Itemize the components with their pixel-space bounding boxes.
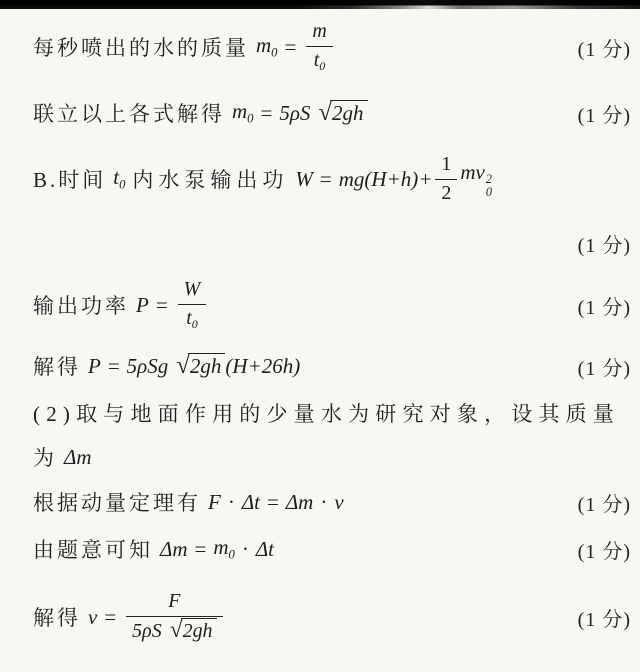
math-var: Δm: [286, 490, 314, 515]
math-var: Δm: [64, 445, 92, 470]
math-subscript: 0: [119, 178, 125, 192]
score-label: (1 分): [578, 291, 631, 320]
math-var: F: [208, 490, 221, 515]
line-label: 内水泵输出功: [132, 164, 288, 194]
line-label: 为: [33, 442, 57, 472]
fraction: F 5ρS√2gh: [126, 589, 222, 645]
sub-sup-stack: 20: [486, 173, 492, 199]
line-label: 输出功率: [33, 290, 129, 320]
line-label: 解得: [33, 602, 81, 632]
solution-line-combined-result: 联立以上各式解得 m0 = 5ρS √ 2gh (1 分): [0, 85, 640, 141]
math-var: P: [88, 354, 101, 379]
line-label: 联立以上各式解得: [33, 98, 225, 128]
solution-line-velocity-result: 解得 v = F 5ρS√2gh (1 分): [0, 573, 640, 661]
math-coefficient: 5ρS: [279, 101, 310, 126]
score-label: (1 分): [578, 488, 631, 517]
math-var: m0: [256, 33, 277, 60]
math-var: Δm: [160, 537, 188, 562]
radical: √2gh: [170, 618, 217, 645]
fraction: W t0: [178, 277, 207, 333]
dot-operator: ·: [228, 490, 235, 515]
math-expression: mg(H+h)+: [339, 167, 433, 192]
solution-line-momentum-theorem: 根据动量定理有 F · Δt = Δm · v (1 分): [0, 479, 640, 525]
solution-line-pump-work: B.时间 t0 内水泵输出功 W = mg(H+h)+ 1 2 mv20: [0, 141, 640, 217]
math-coefficient: 5ρSg: [127, 354, 169, 379]
math-var: v: [334, 490, 343, 515]
solution-line-power-result: 解得 P = 5ρSg √ 2gh (H+26h) (1 分): [0, 341, 640, 391]
solution-line-part2-intro: (2)取与地面作用的少量水为研究对象，设其质量: [0, 391, 640, 435]
equals-sign: =: [104, 605, 116, 630]
math-var: Δt: [256, 537, 274, 562]
math-expression: mv20: [460, 160, 492, 199]
fraction-numerator: 1: [435, 152, 457, 180]
math-var: t0: [113, 165, 125, 192]
radical: √ 2gh: [318, 100, 367, 126]
radical: √ 2gh: [176, 353, 225, 379]
math-var: Δt: [242, 490, 260, 515]
score-label: (1 分): [578, 99, 631, 128]
equals-sign: =: [108, 354, 120, 379]
line-label: 根据动量定理有: [33, 487, 201, 517]
math-subscript: 0: [271, 46, 277, 60]
fraction-denominator: 2: [435, 180, 457, 207]
dot-operator: ·: [320, 490, 327, 515]
scanned-solution-page: 每秒喷出的水的质量 m0 = m t0 (1 分) 联立以上各式解得 m0 = …: [0, 0, 640, 672]
math-var: v: [88, 605, 97, 630]
math-var: W: [295, 167, 313, 192]
equals-sign: =: [284, 35, 296, 60]
fraction-numerator: m: [306, 19, 332, 47]
equals-sign: =: [156, 293, 168, 318]
score-label: (1 分): [578, 33, 631, 62]
solution-line-delta-m-relation: 由题意可知 Δm = m0 · Δt (1 分): [0, 525, 640, 573]
score-label: (1 分): [578, 352, 631, 381]
fraction-numerator: W: [178, 277, 207, 305]
equals-sign: =: [260, 101, 272, 126]
score-label: (1 分): [578, 535, 631, 564]
equals-sign: =: [195, 537, 207, 562]
math-expression: (H+26h): [225, 354, 300, 379]
score-line: (1 分): [0, 217, 640, 269]
solution-line-delta-m: 为 Δm: [0, 435, 640, 479]
solution-line-mass-per-second: 每秒喷出的水的质量 m0 = m t0 (1 分): [0, 9, 640, 85]
math-var: P: [136, 293, 149, 318]
line-label: 每秒喷出的水的质量: [33, 32, 249, 62]
page-top-border: [0, 0, 640, 9]
math-subscript: 0: [229, 548, 235, 562]
radicand: 2gh: [181, 618, 217, 645]
score-label: (1 分): [578, 603, 631, 632]
score-label: (1 分): [578, 229, 631, 258]
fraction-denominator: t0: [308, 47, 332, 75]
fraction-numerator: F: [126, 589, 222, 617]
math-var: m0: [213, 535, 234, 562]
equals-sign: =: [267, 490, 279, 515]
line-text: (2)取与地面作用的少量水为研究对象，设其质量: [33, 398, 620, 428]
fraction-denominator: t0: [180, 305, 204, 333]
equals-sign: =: [320, 167, 332, 192]
dot-operator: ·: [242, 537, 249, 562]
math-var: m0: [232, 99, 253, 126]
fraction-denominator: 5ρS√2gh: [126, 617, 222, 645]
radicand: 2gh: [330, 100, 368, 126]
radicand: 2gh: [188, 353, 226, 379]
fraction: 1 2: [435, 152, 457, 207]
fraction: m t0: [306, 19, 332, 75]
solution-line-output-power: 输出功率 P = W t0 (1 分): [0, 269, 640, 341]
line-label: 解得: [33, 351, 81, 381]
line-label: 由题意可知: [33, 534, 153, 564]
math-subscript: 0: [247, 112, 253, 126]
line-label: B.时间: [33, 164, 106, 194]
